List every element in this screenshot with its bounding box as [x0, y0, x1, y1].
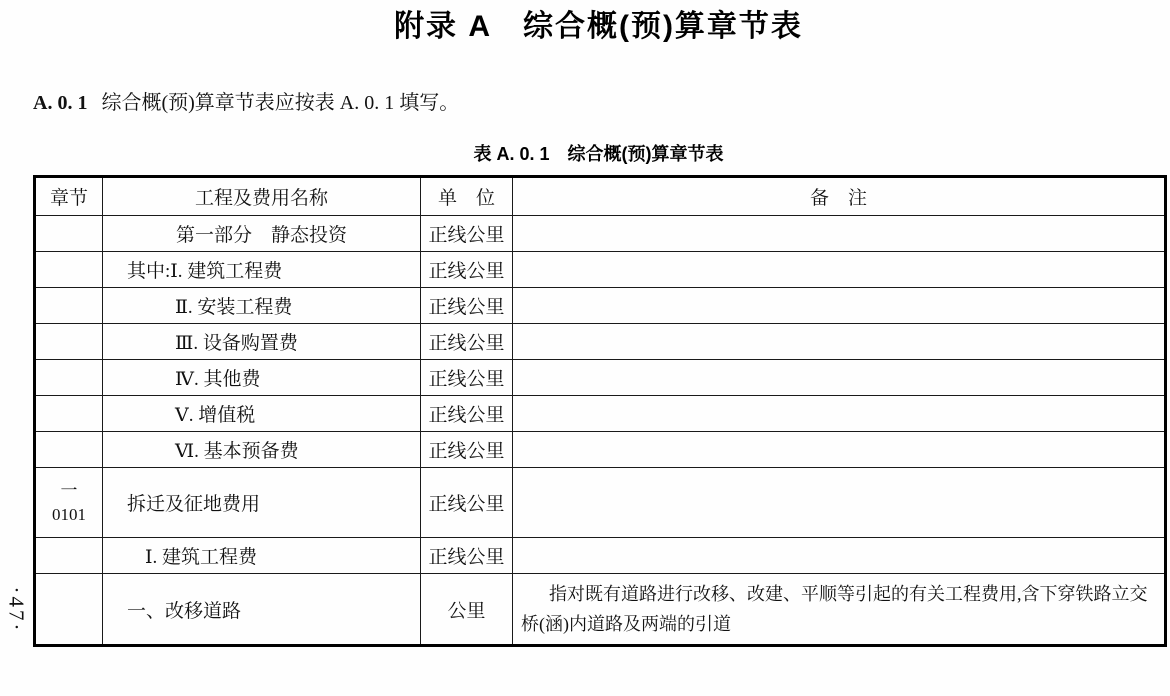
cell-unit: 正线公里: [421, 360, 513, 396]
cell-note: [513, 538, 1166, 574]
cell-unit: 正线公里: [421, 216, 513, 252]
cell-chapter: 一0101: [35, 468, 103, 538]
table-caption: 表 A. 0. 1 综合概(预)算章节表: [33, 142, 1164, 166]
cell-chapter: [35, 396, 103, 432]
cell-name: Ⅵ. 基本预备费: [103, 432, 421, 468]
table-row: 一、改移道路 公里 指对既有道路进行改移、改建、平顺等引起的有关工程费用,含下穿…: [35, 574, 1166, 646]
cell-note: [513, 324, 1166, 360]
document-page: ·47· 附录 A 综合概(预)算章节表 A. 0. 1综合概(预)算章节表应按…: [0, 0, 1170, 696]
cell-unit: 公里: [421, 574, 513, 646]
cell-name: Ⅲ. 设备购置费: [103, 324, 421, 360]
cell-unit: 正线公里: [421, 468, 513, 538]
table-row: 第一部分 静态投资 正线公里: [35, 216, 1166, 252]
cell-unit: 正线公里: [421, 324, 513, 360]
cell-unit: 正线公里: [421, 288, 513, 324]
page-content: 附录 A 综合概(预)算章节表 A. 0. 1综合概(预)算章节表应按表 A. …: [33, 0, 1164, 647]
cell-unit: 正线公里: [421, 396, 513, 432]
cell-note: [513, 216, 1166, 252]
cell-name: Ⅰ. 建筑工程费: [103, 538, 421, 574]
cell-note: [513, 468, 1166, 538]
table-row: Ⅱ. 安装工程费 正线公里: [35, 288, 1166, 324]
cell-chapter: [35, 216, 103, 252]
cell-name: 其中:Ⅰ. 建筑工程费: [103, 252, 421, 288]
cell-name: 拆迁及征地费用: [103, 468, 421, 538]
col-header-name: 工程及费用名称: [103, 177, 421, 216]
cell-note: [513, 252, 1166, 288]
cell-chapter: [35, 538, 103, 574]
table-row: Ⅵ. 基本预备费 正线公里: [35, 432, 1166, 468]
col-header-note: 备 注: [513, 177, 1166, 216]
cell-chapter: [35, 432, 103, 468]
cell-chapter: [35, 252, 103, 288]
cell-note: [513, 288, 1166, 324]
appendix-title: 附录 A 综合概(预)算章节表: [33, 6, 1164, 48]
cell-unit: 正线公里: [421, 252, 513, 288]
clause-number: A. 0. 1: [33, 92, 87, 114]
table-row: Ⅴ. 增值税 正线公里: [35, 396, 1166, 432]
col-header-chapter: 章节: [35, 177, 103, 216]
cell-note: [513, 432, 1166, 468]
cell-chapter: [35, 360, 103, 396]
cell-name: Ⅱ. 安装工程费: [103, 288, 421, 324]
table-row: Ⅳ. 其他费 正线公里: [35, 360, 1166, 396]
cell-name: 一、改移道路: [103, 574, 421, 646]
table-row: Ⅰ. 建筑工程费 正线公里: [35, 538, 1166, 574]
table-row: Ⅲ. 设备购置费 正线公里: [35, 324, 1166, 360]
cell-name: Ⅳ. 其他费: [103, 360, 421, 396]
cell-unit: 正线公里: [421, 432, 513, 468]
cell-chapter: [35, 324, 103, 360]
cell-note: 指对既有道路进行改移、改建、平顺等引起的有关工程费用,含下穿铁路立交桥(涵)内道…: [513, 574, 1166, 646]
table-body: 第一部分 静态投资 正线公里 其中:Ⅰ. 建筑工程费 正线公里 Ⅱ. 安装工程费…: [35, 216, 1166, 646]
clause-text: 综合概(预)算章节表应按表 A. 0. 1 填写。: [101, 92, 459, 114]
col-header-unit: 单 位: [421, 177, 513, 216]
cell-name: 第一部分 静态投资: [103, 216, 421, 252]
page-number-vertical: ·47·: [4, 587, 29, 634]
cell-note: [513, 396, 1166, 432]
table-row: 一0101 拆迁及征地费用 正线公里: [35, 468, 1166, 538]
table-row: 其中:Ⅰ. 建筑工程费 正线公里: [35, 252, 1166, 288]
cell-note: [513, 360, 1166, 396]
cell-name: Ⅴ. 增值税: [103, 396, 421, 432]
estimate-chapter-table: 章节 工程及费用名称 单 位 备 注 第一部分 静态投资 正线公里 其中:Ⅰ. …: [33, 175, 1167, 647]
clause-a-0-1: A. 0. 1综合概(预)算章节表应按表 A. 0. 1 填写。: [33, 88, 1164, 118]
cell-chapter: [35, 288, 103, 324]
table-header-row: 章节 工程及费用名称 单 位 备 注: [35, 177, 1166, 216]
cell-unit: 正线公里: [421, 538, 513, 574]
cell-chapter: [35, 574, 103, 646]
